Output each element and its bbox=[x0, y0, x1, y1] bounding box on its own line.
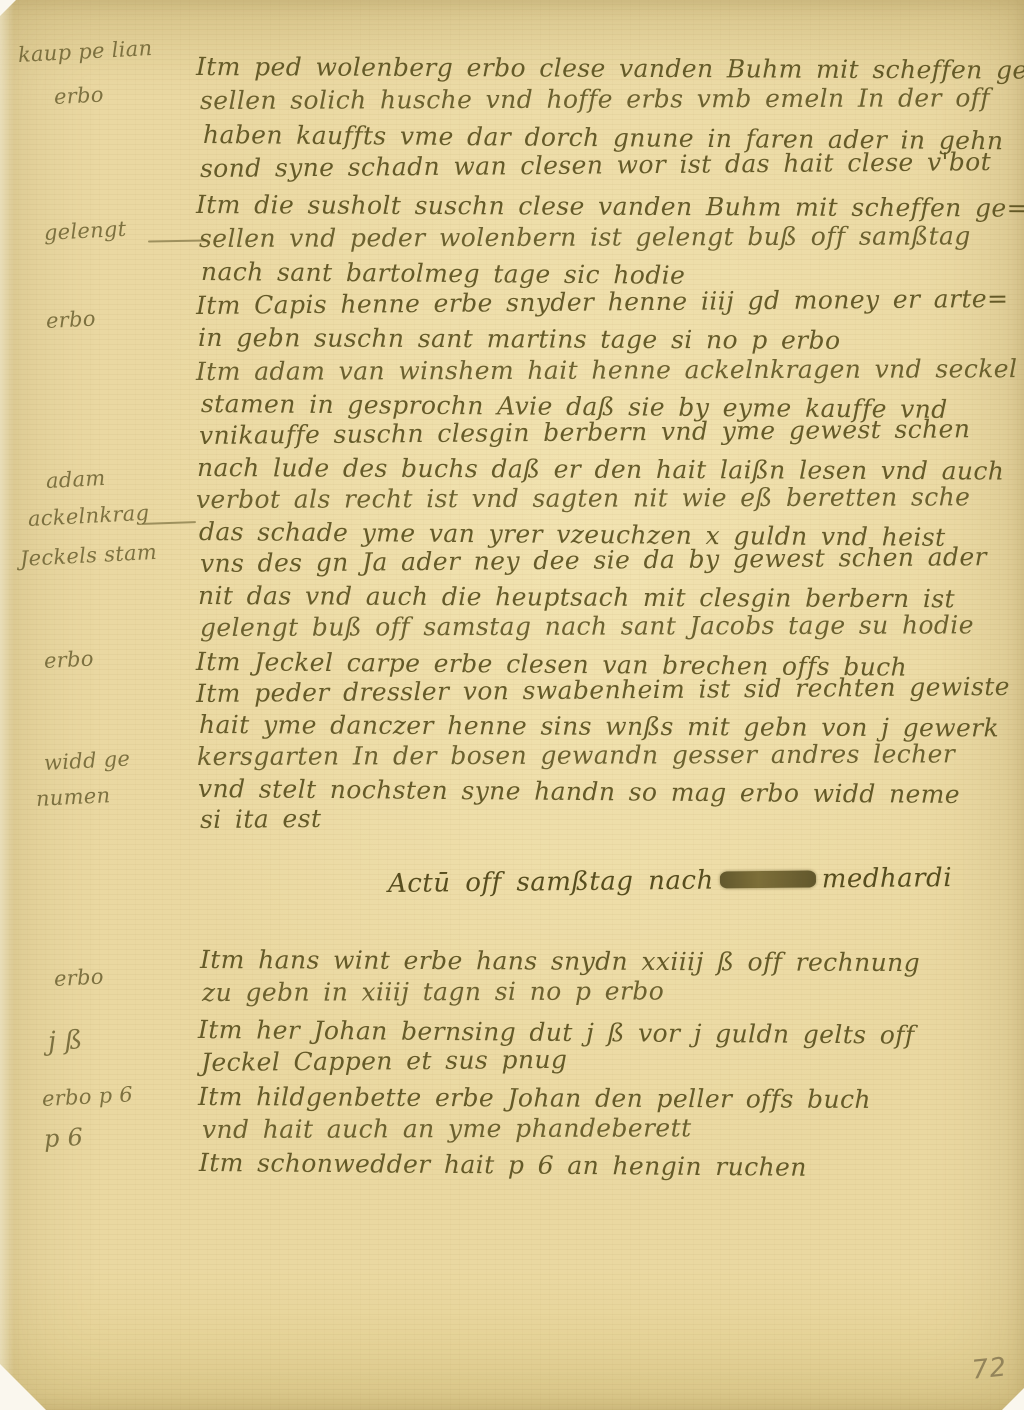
text-line: si ita est bbox=[200, 804, 322, 835]
margin-note: p 6 bbox=[43, 1124, 83, 1152]
page-corner-bottom-left bbox=[0, 1364, 46, 1410]
margin-note: gelengt bbox=[43, 218, 127, 245]
text-line: Itm ped wolenberg erbo clese vanden Buhm… bbox=[196, 52, 1024, 86]
text-line: vnd hait auch an yme phandeberett bbox=[202, 1113, 692, 1145]
text-line: gelengt buß off samstag nach sant Jacobs… bbox=[200, 610, 974, 643]
text-line: verbot als recht ist vnd sagten nit wie … bbox=[196, 482, 970, 515]
heading-date-line: Actū off samßtag nachmedhardi bbox=[388, 863, 952, 900]
text-line: sellen solich husche vnd hoffe erbs vmb … bbox=[200, 83, 990, 116]
margin-note: erbo bbox=[43, 647, 94, 673]
text-line: in gebn suschn sant martins tage si no p… bbox=[198, 323, 841, 356]
text-line: Itm adam van winshem hait henne ackelnkr… bbox=[196, 354, 1017, 387]
margin-note: erbo bbox=[45, 307, 96, 333]
margin-note: erbo p 6 bbox=[41, 1083, 133, 1111]
heading-prefix: Actū off samßtag nach bbox=[388, 866, 714, 899]
page-corner-top-left bbox=[0, 0, 16, 16]
text-line: vnikauffe suschn clesgin berbern vnd yme… bbox=[199, 414, 971, 451]
text-line: kersgarten In der bosen gewandn gesser a… bbox=[197, 739, 955, 772]
margin-note: erbo bbox=[53, 965, 104, 991]
margin-note: adam bbox=[45, 467, 106, 493]
margin-note: ackelnkrag bbox=[27, 502, 149, 531]
page-left-edge bbox=[0, 0, 14, 1410]
connector-stroke bbox=[148, 239, 206, 242]
margin-note: erbo bbox=[53, 83, 104, 109]
text-line: Itm hildgenbette erbe Johan den peller o… bbox=[198, 1082, 871, 1115]
text-line: Jeckel Cappen et sus pnug bbox=[201, 1045, 568, 1078]
page-corner-bottom-right bbox=[1002, 1388, 1024, 1410]
connector-stroke bbox=[142, 521, 196, 525]
text-line: hait yme danczer henne sins wnßs mit geb… bbox=[199, 710, 999, 743]
heading-suffix: medhardi bbox=[822, 863, 953, 894]
margin-note: kaup pe lian bbox=[17, 37, 153, 67]
text-line: zu gebn in xiiij tagn si no p erbo bbox=[202, 976, 664, 1008]
folio-number: 72 bbox=[971, 1354, 1009, 1384]
struck-out-word bbox=[720, 870, 816, 888]
text-line: vns des gn Ja ader ney dee sie da by gew… bbox=[200, 542, 987, 579]
text-line: sond syne schadn wan clesen wor ist das … bbox=[200, 147, 991, 184]
text-line: Itm schonwedder hait p 6 an hengin ruche… bbox=[199, 1148, 807, 1183]
text-line: Itm Capis henne erbe snyder henne iiij g… bbox=[196, 284, 1009, 321]
text-line: nit das vnd auch die heuptsach mit clesg… bbox=[198, 581, 955, 614]
text-line: Itm hans wint erbe hans snydn xxiiij ß o… bbox=[200, 945, 920, 978]
margin-note: j ß bbox=[47, 1026, 83, 1056]
text-line: Itm peder dressler von swabenheim ist si… bbox=[196, 672, 1010, 709]
margin-note: numen bbox=[35, 784, 111, 811]
text-line: nach lude des buchs daß er den hait laiß… bbox=[197, 453, 1004, 487]
text-line: Itm die susholt suschn clese vanden Buhm… bbox=[196, 190, 1024, 224]
text-line: sellen vnd peder wolenbern ist gelengt b… bbox=[199, 221, 971, 254]
margin-note: Jeckels stam bbox=[19, 541, 157, 571]
text-line: nach sant bartolmeg tage sic hodie bbox=[201, 257, 686, 291]
margin-note: widd ge bbox=[43, 748, 130, 776]
